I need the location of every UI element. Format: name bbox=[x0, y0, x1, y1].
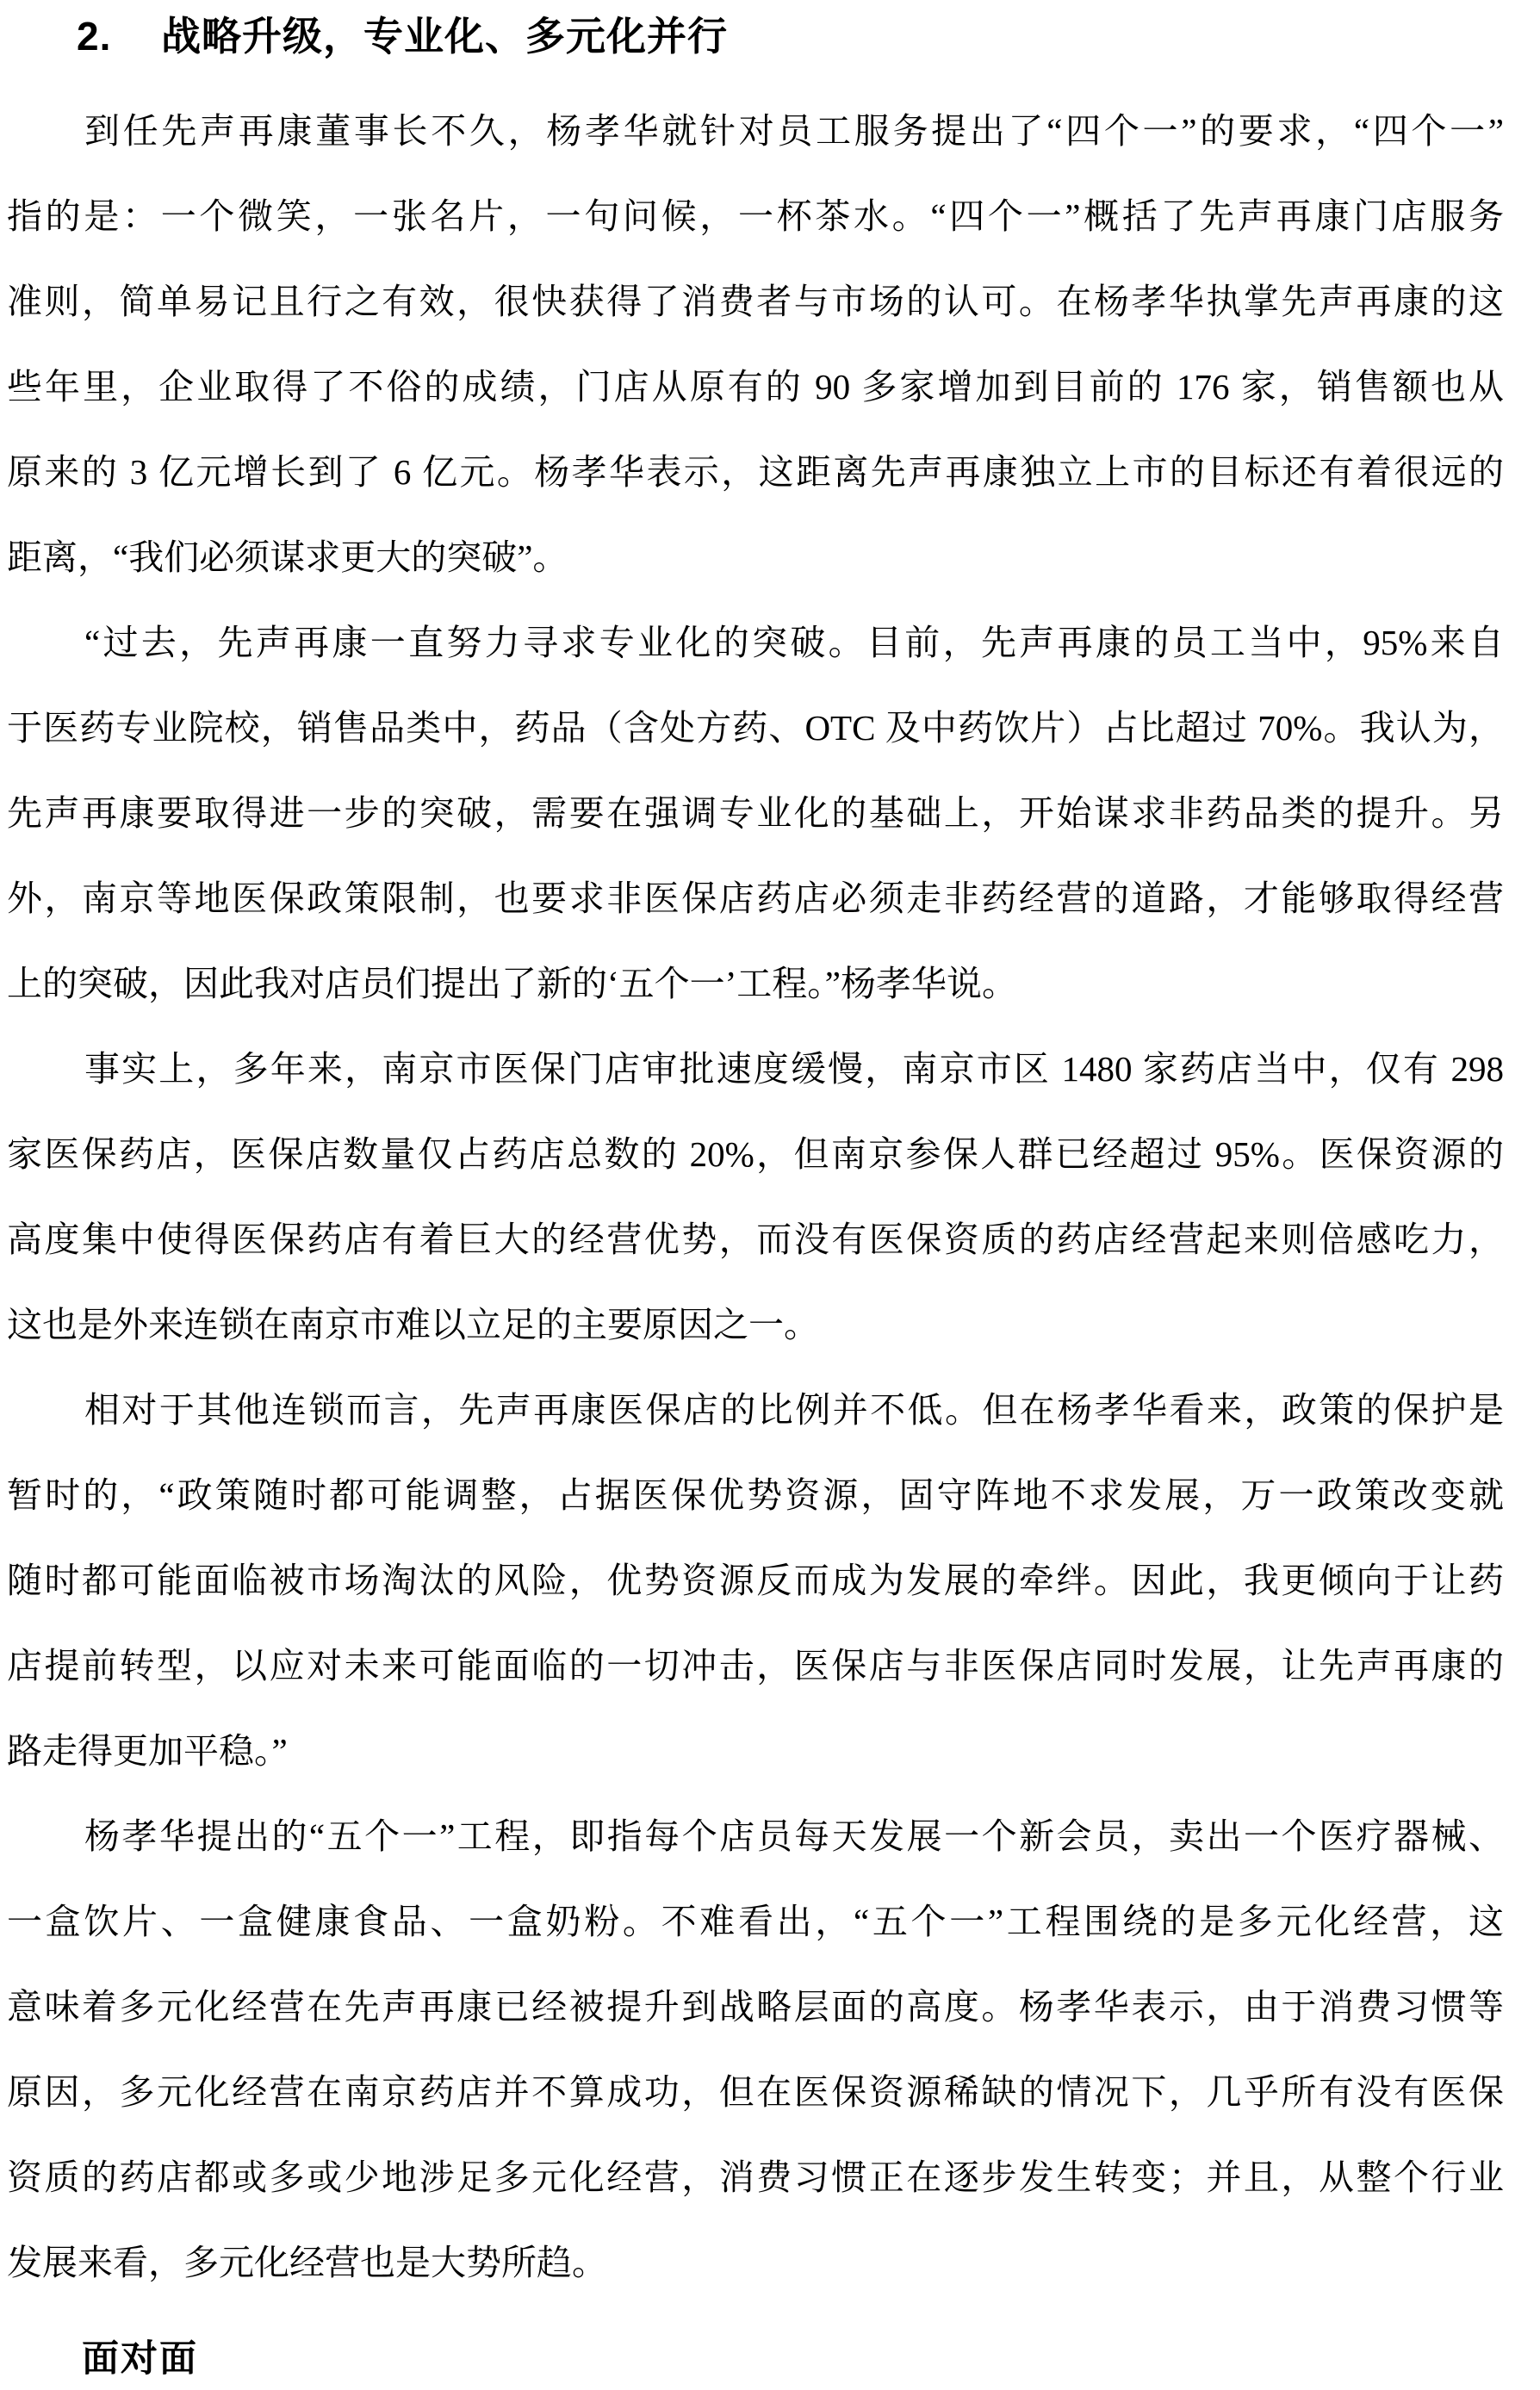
subsection-heading: 面对面 bbox=[82, 2325, 198, 2390]
body-line: 暂时的，“政策随时都可能调整，占据医保优势资源，固守阵地不求发展，万一政策改变就 bbox=[7, 1453, 1504, 1538]
body-line: 到任先声再康董事长不久，杨孝华就针对员工服务提出了“四个一”的要求，“四个一” bbox=[7, 89, 1504, 174]
section-heading: 2.战略升级，专业化、多元化并行 bbox=[77, 3, 728, 69]
body-line: 准则，简单易记且行之有效，很快获得了消费者与市场的认可。在杨孝华执掌先声再康的这 bbox=[7, 259, 1504, 345]
body-line: 随时都可能面临被市场淘汰的风险，优势资源反而成为发展的牵绊。因此，我更倾向于让药 bbox=[7, 1538, 1504, 1623]
body-line: 一盒饮片、一盒健康食品、一盒奶粉。不难看出，“五个一”工程围绕的是多元化经营，这 bbox=[7, 1879, 1504, 1965]
body-line: 外，南京等地医保政策限制，也要求非医保店药店必须走非药经营的道路，才能够取得经营 bbox=[7, 856, 1504, 941]
body-line: 事实上，多年来，南京市医保门店审批速度缓慢，南京市区 1480 家药店当中，仅有… bbox=[7, 1027, 1504, 1112]
body-line: 先声再康要取得进一步的突破，需要在强调专业化的基础上，开始谋求非药品类的提升。另 bbox=[7, 771, 1504, 856]
body-line: 资质的药店都或多或少地涉足多元化经营，消费习惯正在逐步发生转变；并且，从整个行业 bbox=[7, 2135, 1504, 2220]
body-line: 原因，多元化经营在南京药店并不算成功，但在医保资源稀缺的情况下，几乎所有没有医保 bbox=[7, 2050, 1504, 2135]
section-number: 2. bbox=[77, 3, 161, 69]
body-line: 店提前转型，以应对未来可能面临的一切冲击，医保店与非医保店同时发展，让先声再康的 bbox=[7, 1623, 1504, 1709]
body-line: 些年里，企业取得了不俗的成绩，门店从原有的 90 多家增加到目前的 176 家，… bbox=[7, 345, 1504, 430]
document-page: 2.战略升级，专业化、多元化并行 到任先声再康董事长不久，杨孝华就针对员工服务提… bbox=[0, 0, 1540, 2390]
body-line: 意味着多元化经营在先声再康已经被提升到战略层面的高度。杨孝华表示，由于消费习惯等 bbox=[7, 1965, 1504, 2050]
body-line: 上的突破，因此我对店员们提出了新的‘五个一’工程。”杨孝华说。 bbox=[7, 941, 1504, 1027]
article-body: 到任先声再康董事长不久，杨孝华就针对员工服务提出了“四个一”的要求，“四个一” … bbox=[7, 89, 1504, 2306]
body-line: 距离，“我们必须谋求更大的突破”。 bbox=[7, 515, 1504, 600]
section-title: 战略升级，专业化、多元化并行 bbox=[161, 14, 728, 59]
body-line: 于医药专业院校，销售品类中，药品（含处方药、OTC 及中药饮片）占比超过 70%… bbox=[7, 686, 1504, 771]
body-line: 家医保药店，医保店数量仅占药店总数的 20%，但南京参保人群已经超过 95%。医… bbox=[7, 1112, 1504, 1197]
body-line: 高度集中使得医保药店有着巨大的经营优势，而没有医保资质的药店经营起来则倍感吃力， bbox=[7, 1197, 1504, 1282]
body-line: 路走得更加平稳。” bbox=[7, 1709, 1504, 1794]
body-line: 原来的 3 亿元增长到了 6 亿元。杨孝华表示，这距离先声再康独立上市的目标还有… bbox=[7, 430, 1504, 515]
body-line: 这也是外来连锁在南京市难以立足的主要原因之一。 bbox=[7, 1282, 1504, 1368]
body-line: 发展来看，多元化经营也是大势所趋。 bbox=[7, 2220, 1504, 2306]
body-line: 杨孝华提出的“五个一”工程，即指每个店员每天发展一个新会员，卖出一个医疗器械、 bbox=[7, 1794, 1504, 1879]
body-line: 指的是：一个微笑，一张名片，一句问候，一杯茶水。“四个一”概括了先声再康门店服务 bbox=[7, 174, 1504, 259]
body-line: “过去，先声再康一直努力寻求专业化的突破。目前，先声再康的员工当中，95%来自 bbox=[7, 600, 1504, 686]
body-line: 相对于其他连锁而言，先声再康医保店的比例并不低。但在杨孝华看来，政策的保护是 bbox=[7, 1368, 1504, 1453]
